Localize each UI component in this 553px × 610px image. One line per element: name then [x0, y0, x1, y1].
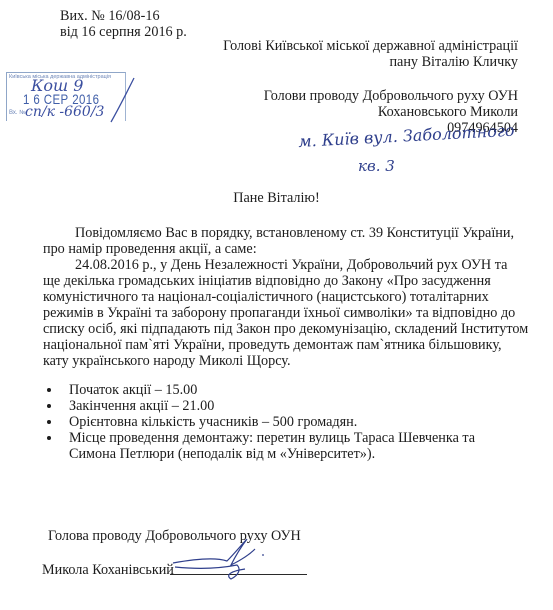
stamp-incoming-label: Вх. № [9, 109, 26, 117]
stamp-incoming-number: сп/к -660/3 [25, 104, 104, 120]
sender-line-1: Голови проводу Добровольчого руху ОУН [200, 88, 518, 104]
handwritten-signature [165, 535, 275, 585]
signature-name: Микола Коханівський [42, 562, 174, 578]
stamp-slash-stroke [108, 76, 138, 126]
action-details-list: Початок акції – 15.00 Закінчення акції –… [43, 382, 475, 462]
body-line: кату українського народу Миколі Щорсу. [43, 353, 291, 369]
letter-page: Вих. № 16/08-16 від 16 серпня 2016 р. Ки… [0, 0, 553, 610]
body-line: комуністичного та націонал-соціалістично… [43, 289, 489, 305]
body-line: списку осіб, які підпадають під Закон пр… [43, 321, 528, 337]
body-line: про намір проведення акції, а саме: [43, 241, 257, 257]
outgoing-date: від 16 серпня 2016 р. [60, 24, 187, 40]
body-line: ще декілька громадських ініціатив відпов… [43, 273, 491, 289]
greeting: Пане Віталію! [0, 190, 553, 207]
body-line: Повідомляємо Вас в порядку, встановленом… [75, 225, 514, 241]
outgoing-number: Вих. № 16/08-16 [60, 8, 160, 24]
sender-line-2: Кохановського Миколи [200, 104, 518, 120]
list-item-end-time: Закінчення акції – 21.00 [43, 398, 475, 414]
body-line: національної пам`яті України, проведуть … [43, 337, 502, 353]
handwritten-address-line-2: кв. 3 [358, 158, 395, 174]
body-line: режимів в Україні та заборону пропаганди… [43, 305, 515, 321]
list-item-participants: Орієнтовна кількість учасників – 500 гро… [43, 414, 475, 430]
list-item-location-cont: Симона Петлюри (неподалік від м «Універс… [43, 446, 475, 462]
recipient-line-2: пану Віталію Кличку [200, 54, 518, 70]
list-item-location: Місце проведення демонтажу: перетин вули… [43, 430, 475, 446]
recipient-line-1: Голові Київської міської державної адмін… [200, 38, 518, 54]
body-line: 24.08.2016 р., у День Незалежності Украї… [75, 257, 507, 273]
list-item-start-time: Початок акції – 15.00 [43, 382, 475, 398]
